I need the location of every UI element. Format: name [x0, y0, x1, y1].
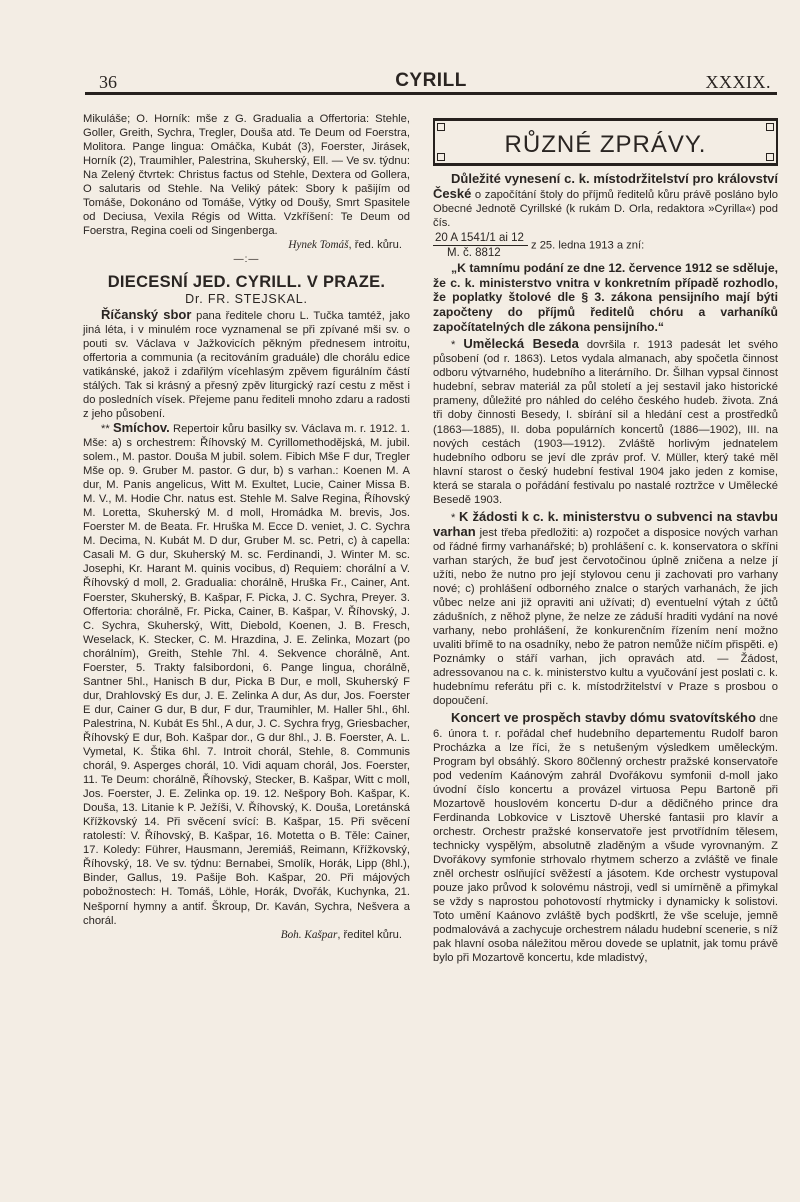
smichov-signature: Boh. Kašpar, ředitel kůru. — [83, 928, 410, 942]
decree-paragraph: Důležité vynesení c. k. místodržitelství… — [433, 172, 778, 230]
section-title: DIECESNÍ JED. CYRILL. V PRAZE. — [83, 272, 410, 292]
signature-role: , ředitel kůru. — [337, 929, 402, 941]
subsidy-paragraph: * K žádosti k c. k. ministerstvu o subve… — [433, 510, 778, 709]
corner-square-icon — [437, 123, 445, 131]
corner-square-icon — [766, 123, 774, 131]
decree-reference: 20 A 1541/1 ai 12 M. č. 8812 z 25. ledna… — [433, 230, 778, 261]
running-header: 36 CYRILL XXXIX. — [85, 70, 777, 92]
subsidy-prefix: * — [451, 512, 459, 524]
box-title: RŮZNÉ ZPRÁVY. — [435, 131, 776, 159]
decree-text: o započítání štoly do příjmů ředitelů ků… — [433, 189, 778, 229]
beseda-prefix: * — [451, 339, 463, 351]
ricany-text: pana ředitele choru L. Tučka tamtéž, jak… — [83, 310, 410, 420]
smichov-text: Repertoir kůru basilky sv. Václava m. r.… — [83, 423, 410, 927]
right-column: Důležité vynesení c. k. místodržitelství… — [433, 172, 778, 965]
signature-name: Boh. Kašpar — [281, 929, 338, 941]
reference-top: 20 A 1541/1 ai 12 — [433, 231, 528, 246]
smichov-paragraph: ** Smíchov. Repertoir kůru basilky sv. V… — [83, 421, 410, 928]
section-heading-box: RŮZNÉ ZPRÁVY. — [433, 118, 778, 166]
journal-page: 36 CYRILL XXXIX. Mikuláše; O. Horník: mš… — [0, 0, 800, 1202]
concert-lead: Koncert ve prospěch stavby dómu svatovít… — [451, 710, 756, 725]
signature-name: Hynek Tomáš — [288, 239, 348, 251]
concert-text: dne 6. února t. r. pořádal chef hudebníh… — [433, 713, 778, 964]
signature-role: , řed. kůru. — [349, 239, 402, 251]
concert-paragraph: Koncert ve prospěch stavby dómu svatovít… — [433, 711, 778, 965]
ricany-paragraph: Říčanský sbor pana ředitele choru L. Tuč… — [83, 308, 410, 421]
left-column: Mikuláše; O. Horník: mše z G. Gradualia … — [83, 112, 410, 942]
smichov-prefix: ** — [101, 423, 113, 435]
subsidy-text: jest třeba předložiti: a) rozpočet a dis… — [433, 527, 778, 708]
decree-quote: „K tamnímu podání ze dne 12. července 19… — [433, 261, 778, 334]
reference-fraction: 20 A 1541/1 ai 12 M. č. 8812 — [433, 231, 528, 260]
intro-paragraph: Mikuláše; O. Horník: mše z G. Gradualia … — [83, 112, 410, 238]
beseda-lead: Umělecká Beseda — [463, 336, 578, 351]
beseda-text: dovršila r. 1913 padesát let svého působ… — [433, 339, 778, 506]
reference-after: z 25. ledna 1913 a zní: — [531, 240, 644, 252]
beseda-paragraph: * Umělecká Beseda dovršila r. 1913 pades… — [433, 337, 778, 507]
ricany-lead: Říčanský sbor — [101, 307, 191, 322]
smichov-lead: Smíchov. — [113, 420, 170, 435]
reference-bottom: M. č. 8812 — [433, 246, 528, 260]
section-divider: —:— — [83, 253, 410, 267]
intro-signature: Hynek Tomáš, řed. kůru. — [83, 238, 410, 252]
header-rule — [85, 92, 777, 95]
journal-title: CYRILL — [85, 70, 777, 92]
section-author: Dr. FR. STEJSKAL. — [83, 292, 410, 306]
volume-number: XXXIX. — [706, 72, 772, 93]
